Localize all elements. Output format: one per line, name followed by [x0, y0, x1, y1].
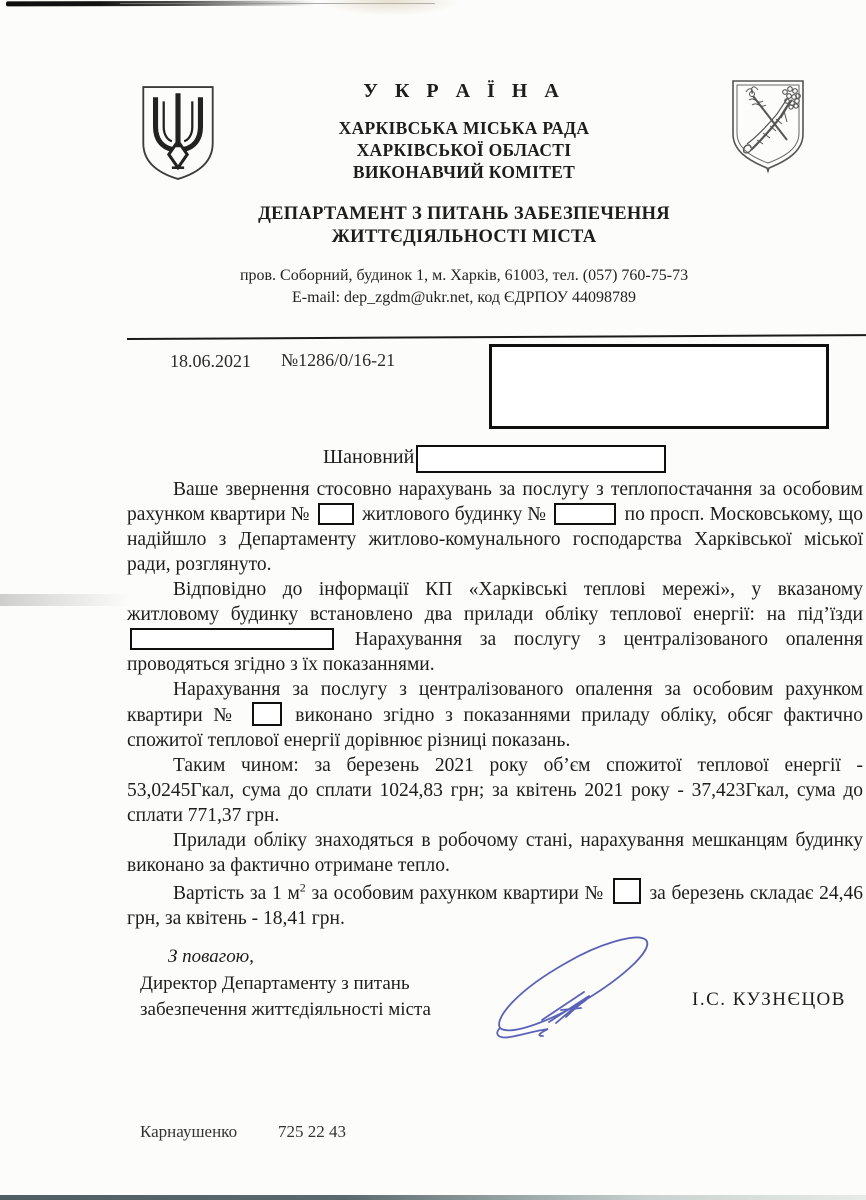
paragraph: Відповідно до інформації КП «Харківські … — [127, 577, 863, 677]
redaction-box — [130, 628, 334, 650]
redaction-box — [252, 702, 282, 726]
handwritten-signature — [486, 930, 678, 1048]
redaction-box-recipient-address — [489, 344, 829, 429]
scan-artifact-left-smudge — [0, 594, 130, 606]
paragraph: Ваше звернення стосовно нарахувань за по… — [127, 477, 863, 577]
closing-regards: З повагою, — [168, 946, 254, 968]
signature-strokes — [497, 937, 647, 1037]
signer-name: І.С. КУЗНЄЦОВ — [692, 989, 846, 1011]
department-line-2: ЖИТТЄДІЯЛЬНОСТІ МІСТА — [64, 226, 864, 249]
salutation-label: Шановний — [323, 446, 414, 469]
superscript: 2 — [300, 881, 306, 895]
separator-line — [127, 334, 866, 340]
paragraph: Прилади обліку знаходяться в робочому ст… — [127, 828, 863, 878]
letter-body: Ваше звернення стосовно нарахувань за по… — [127, 477, 863, 931]
org-line-1: ХАРКІВСЬКА МІСЬКА РАДА — [64, 117, 864, 139]
org-line-3: ВИКОНАВЧИЙ КОМІТЕТ — [64, 161, 864, 183]
scanned-letter-page: У К Р А Ї Н А ХАРКІВСЬКА МІСЬКА РАДА ХАР… — [0, 0, 866, 1200]
paragraph: Нарахування за послугу з централізованог… — [127, 677, 863, 753]
department-line-1: ДЕПАРТАМЕНТ З ПИТАНЬ ЗАБЕЗПЕЧЕННЯ — [64, 203, 864, 226]
redaction-box-recipient-name — [416, 445, 666, 473]
letter-number: №1286/0/16-21 — [281, 350, 395, 371]
scan-artifact-smudge — [320, 0, 460, 16]
paragraph: Таким чином: за березень 2021 року об’єм… — [127, 753, 863, 828]
redaction-box — [554, 503, 616, 525]
scan-artifact-bottom-band — [0, 1195, 866, 1200]
signer-title-line-2: забезпечення життєдіяльності міста — [140, 999, 431, 1021]
department-name: ДЕПАРТАМЕНТ З ПИТАНЬ ЗАБЕЗПЕЧЕННЯ ЖИТТЄД… — [64, 203, 864, 249]
contact-info: пров. Соборний, будинок 1, м. Харків, 61… — [64, 265, 864, 308]
postal-address: пров. Соборний, будинок 1, м. Харків, 61… — [64, 265, 864, 287]
country-title: У К Р А Ї Н А — [64, 80, 864, 103]
org-line-2: ХАРКІВСЬКОЇ ОБЛАСТІ — [64, 139, 864, 161]
organization-name: ХАРКІВСЬКА МІСЬКА РАДА ХАРКІВСЬКОЇ ОБЛАС… — [64, 117, 864, 183]
email-and-code: E-mail: dep_zgdm@ukr.net, код ЄДРПОУ 440… — [64, 287, 864, 309]
signer-title-line-1: Директор Департаменту з питань — [140, 973, 410, 995]
paragraph: Вартість за 1 м2 за особовим рахунком кв… — [127, 878, 863, 931]
redaction-box — [613, 878, 641, 904]
letter-date: 18.06.2021 — [170, 351, 251, 372]
executor-name: Карнаушенко — [140, 1122, 237, 1142]
executor-phone: 725 22 43 — [278, 1122, 346, 1142]
redaction-box — [318, 503, 354, 525]
